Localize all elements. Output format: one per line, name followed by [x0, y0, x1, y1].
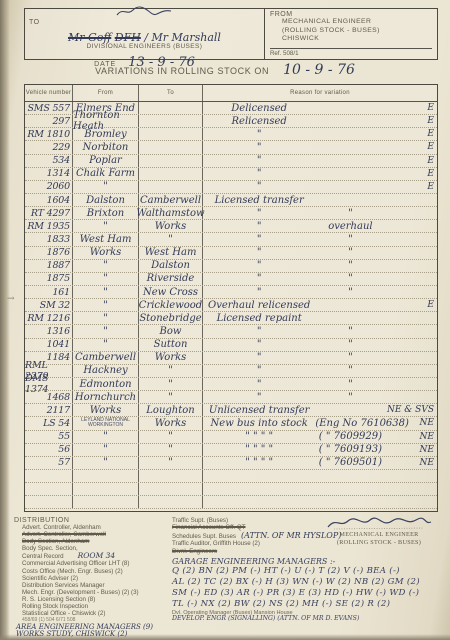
cell-vehicle-number: 1887 — [25, 260, 73, 272]
distribution-item: Advert. Controller, Camberwell — [14, 531, 172, 538]
table-row: 1314Chalk Farm"E — [25, 168, 437, 181]
cell-from: " — [73, 260, 139, 272]
cell-reason: "" — [203, 286, 437, 298]
cell-to: " — [139, 378, 203, 390]
cell-to — [139, 483, 203, 495]
cell-from: Edmonton — [73, 378, 139, 390]
reason-text: " — [203, 129, 315, 140]
cell-from: Brixton — [73, 207, 139, 219]
cell-reason: "" — [203, 273, 437, 285]
distribution-item-text: DEVELOP. ENGR (SIGNALLING) (ATTN. OF MR … — [172, 615, 359, 622]
cell-reason: "" — [203, 247, 437, 259]
cell-to — [139, 141, 203, 153]
distribution-item-text: Advert. Controller, Camberwell — [22, 531, 106, 538]
cell-to: " — [139, 431, 203, 443]
row-annotation: E — [386, 300, 438, 310]
cell-reason: " " " "( " 7609929)NE — [203, 431, 437, 443]
garage-code-line: TL (-) NX (2) BW (2) NS (2) MH (-) SE (2… — [172, 599, 442, 610]
distribution-item-text: Scientific Adviser (2) — [22, 575, 78, 582]
row-annotation: E — [386, 156, 438, 166]
cell-from: " — [73, 286, 139, 298]
row-annotation: E — [386, 182, 438, 192]
cell-to: Stonebridge — [139, 312, 203, 324]
distribution-item-text: 458/69 (1) 504 6/71 508 — [22, 617, 75, 623]
garage-code-line: Q (2) BN (2) PM (-) HT (-) U (-) T (2) V… — [172, 566, 442, 577]
title-date: 10 - 9 - 76 — [283, 62, 355, 78]
cell-from: Chalk Farm — [73, 168, 139, 180]
cell-vehicle-number: RT 4297 — [25, 207, 73, 219]
cell-vehicle-number: DMS 1374 — [25, 378, 73, 390]
cell-vehicle-number: SM 32 — [25, 299, 73, 311]
cell-vehicle-number: 534 — [25, 155, 73, 167]
ink-scribble — [115, 5, 175, 23]
distribution-item: Advert. Controller, Aldenham — [14, 524, 172, 531]
table-row-empty — [25, 470, 437, 483]
margin-pencil-mark: → — [7, 294, 15, 304]
cell-from — [73, 496, 139, 508]
header-to: To — [139, 85, 203, 101]
table-row-empty — [25, 496, 437, 509]
table-row: DMS 1374Edmonton""" — [25, 378, 437, 391]
cell-to: Works — [139, 352, 203, 364]
cell-to: " — [139, 391, 203, 403]
cell-from: " — [73, 339, 139, 351]
table-row: RM 1935"Works"overhaul — [25, 220, 437, 233]
cell-from: Works — [73, 247, 139, 259]
table-row: 1875"Riverside"" — [25, 273, 437, 286]
cell-reason: DelicensedE — [203, 102, 437, 114]
reason-text-2: " — [315, 273, 385, 284]
distribution-item-text: Financial Accounts Off. QT — [172, 524, 245, 531]
cell-reason: RelicensedE — [203, 115, 437, 127]
distribution-item: Scientific Adviser (2) — [14, 575, 172, 582]
cell-to — [139, 470, 203, 482]
reason-text: " — [203, 379, 315, 390]
cell-reason — [203, 496, 437, 508]
cell-from-smallprint: LEYLAND NATIONAL WORKINGTON — [81, 418, 130, 428]
cell-from: " — [73, 325, 139, 337]
garage-code-line: SM (-) ED (3) AR (-) PR (3) E (3) HD (-)… — [172, 588, 442, 599]
cell-reason: New bus into stock(Eng No 7610638)NE — [203, 417, 437, 429]
cell-to: Dalston — [139, 260, 203, 272]
table-header-row: Vehicle number From To Reason for variat… — [25, 85, 437, 102]
cell-vehicle-number: LS 54 — [25, 417, 73, 429]
cell-to: Cricklewood — [139, 299, 203, 311]
table-row: 1887"Dalston"" — [25, 260, 437, 273]
distribution-item: Central RecordROOM 34 — [14, 552, 172, 560]
reason-text: " — [203, 260, 315, 271]
cell-from: LEYLAND NATIONAL WORKINGTON — [73, 417, 139, 429]
table-row: 1468Hornchurch""" — [25, 391, 437, 404]
distribution-item: Distribution Services Manager — [14, 582, 172, 589]
cell-from: Bromley — [73, 128, 139, 140]
from-label: FROM — [270, 11, 432, 18]
cell-to — [139, 168, 203, 180]
table-row: 1041"Sutton"" — [25, 339, 437, 352]
table-row: 1604DalstonCamberwellLicensed transfer — [25, 194, 437, 207]
cell-reason: "" — [203, 339, 437, 351]
cell-reason — [203, 483, 437, 495]
table-row: 161"New Cross"" — [25, 286, 437, 299]
garage-code-line: AL (2) TC (2) BX (-) H (3) WN (-) W (2) … — [172, 577, 442, 588]
cell-to: " — [139, 444, 203, 456]
cell-vehicle-number: 1876 — [25, 247, 73, 259]
cell-reason: "" — [203, 325, 437, 337]
cell-from: Camberwell — [73, 352, 139, 364]
reason-text: " — [203, 365, 315, 376]
cell-reason: Overhaul relicensedE — [203, 299, 437, 311]
distribution-left-column: DISTRIBUTION Advert. Controller, Aldenha… — [14, 517, 172, 639]
reason-text: " — [203, 247, 315, 258]
reason-text-2: " — [315, 379, 385, 390]
signatory-title-line: (ROLLING STOCK - BUSES) — [316, 539, 442, 547]
cell-reason: "" — [203, 260, 437, 272]
from-line: MECHANICAL ENGINEER — [282, 18, 432, 27]
cell-to: Loughton — [139, 404, 203, 416]
distribution-section: DISTRIBUTION Advert. Controller, Aldenha… — [0, 515, 450, 640]
to-organisation: DIVISIONAL ENGINEERS (BUSES) — [29, 43, 260, 50]
cell-from: Thornton Heath — [73, 115, 139, 127]
cell-to: Sutton — [139, 339, 203, 351]
signatory-title: MECHANICAL ENGINEER (ROLLING STOCK - BUS… — [316, 531, 442, 546]
from-cell: FROM MECHANICAL ENGINEER (ROLLING STOCK … — [264, 9, 437, 59]
distribution-item: DEVELOP. ENGR (SIGNALLING) (ATTN. OF MR … — [172, 616, 442, 622]
signatory-title-line: MECHANICAL ENGINEER — [316, 531, 442, 539]
title-text: VARIATIONS IN ROLLING STOCK ON — [95, 66, 269, 76]
table-body: SMS 557Elmers EndDelicensedE297Thornton … — [25, 102, 437, 511]
cell-reason: "" — [203, 233, 437, 245]
cell-vehicle-number: 161 — [25, 286, 73, 298]
row-annotation: E — [386, 142, 438, 152]
reason-text: " — [203, 392, 315, 403]
cell-to: Works — [139, 417, 203, 429]
cell-to — [139, 102, 203, 114]
cell-vehicle-number: 2060 — [25, 181, 73, 193]
row-annotation: E — [386, 103, 438, 113]
cell-vehicle-number: 55 — [25, 431, 73, 443]
distribution-item: WORKS STUDY, CHISWICK (2) — [14, 631, 172, 638]
table-row: RM 1810Bromley"E — [25, 128, 437, 141]
cell-reason: "E — [203, 168, 437, 180]
reason-text-2: " — [315, 352, 385, 363]
distribution-item-text: Central Record — [22, 553, 64, 560]
table-row: 1316"Bow"" — [25, 325, 437, 338]
reason-text: " — [203, 221, 315, 232]
garage-codes: Q (2) BN (2) PM (-) HT (-) U (-) T (2) V… — [172, 566, 442, 610]
cell-from: " — [73, 220, 139, 232]
cell-from: " — [73, 181, 139, 193]
cell-vehicle-number: 56 — [25, 444, 73, 456]
cell-from: Norbiton — [73, 141, 139, 153]
reason-text: " " " " — [203, 457, 315, 468]
reason-text: " " " " — [203, 431, 315, 442]
reason-text-2: " — [315, 339, 385, 350]
signature-block: MECHANICAL ENGINEER (ROLLING STOCK - BUS… — [316, 515, 442, 546]
garage-managers-header: GARAGE ENGINEERING MANAGERS :- — [172, 557, 442, 566]
header-from: From — [73, 85, 139, 101]
distribution-item-text: Body Spec. Section, — [22, 545, 78, 552]
reason-text-2: overhaul — [315, 221, 385, 232]
cell-from: Works — [73, 404, 139, 416]
cell-vehicle-number: 1604 — [25, 194, 73, 206]
row-annotation: NE — [386, 445, 438, 455]
cell-reason: "" — [203, 207, 437, 219]
table-row: 55""" " " "( " 7609929)NE — [25, 431, 437, 444]
table-row: 297Thornton HeathRelicensedE — [25, 115, 437, 128]
reason-text-2: (Eng No 7610638) — [315, 418, 409, 429]
distribution-item-text: Statistical Office - Chiswick (2) — [22, 610, 105, 617]
cell-vehicle-number: SMS 557 — [25, 102, 73, 114]
cell-vehicle-number: 297 — [25, 115, 73, 127]
cell-vehicle-number: 1875 — [25, 273, 73, 285]
cell-vehicle-number: 229 — [25, 141, 73, 153]
cell-from: " — [73, 312, 139, 324]
distribution-item: Commercial Advertising Officer LHT (8) — [14, 560, 172, 567]
cell-vehicle-number — [25, 496, 73, 508]
cell-to: Riverside — [139, 273, 203, 285]
table-row: RML 2279Hackney""" — [25, 365, 437, 378]
cell-from: West Ham — [73, 233, 139, 245]
distribution-item-text: Mech. Engr. (Development - Buses) (2) (3… — [22, 589, 139, 596]
table-row: 2117WorksLoughtonUnlicensed transferNE &… — [25, 404, 437, 417]
distribution-item: Costs Office (Mech. Engr. Buses) (2) — [14, 568, 172, 575]
cell-to: Walthamstow — [139, 207, 203, 219]
form-title: VARIATIONS IN ROLLING STOCK ON 10 - 9 - … — [0, 61, 450, 79]
cell-reason: " " " "( " 7609193)NE — [203, 444, 437, 456]
cell-vehicle-number — [25, 483, 73, 495]
scanned-form: TO Mr Goff DFH / Mr Marshall DIVISIONAL … — [0, 0, 450, 640]
cell-to: West Ham — [139, 247, 203, 259]
reason-text-2: " — [315, 234, 385, 245]
reason-text: Delicensed — [203, 103, 315, 114]
from-line: CHISWICK — [282, 35, 432, 44]
row-annotation: NE & SVS — [386, 405, 438, 415]
distribution-label: DISTRIBUTION — [14, 517, 172, 524]
header-vehicle-number: Vehicle number — [25, 85, 73, 101]
cell-reason: "E — [203, 155, 437, 167]
rolling-stock-table: Vehicle number From To Reason for variat… — [24, 84, 438, 512]
distribution-item-text: Advert. Controller, Aldenham — [22, 524, 101, 531]
reason-text-2: " — [315, 365, 385, 376]
cell-to — [139, 181, 203, 193]
table-row: 57""" " " "( " 7609501)NE — [25, 457, 437, 470]
to-cell: TO Mr Goff DFH / Mr Marshall DIVISIONAL … — [25, 9, 264, 59]
cell-reason: Unlicensed transferNE & SVS — [203, 404, 437, 416]
distribution-item: Body Section, Aldenham — [14, 538, 172, 545]
distribution-item-text: R. S. Licensing Section (8) — [22, 596, 95, 603]
reason-text-2: " — [315, 392, 385, 403]
table-row: LS 54LEYLAND NATIONAL WORKINGTONWorksNew… — [25, 417, 437, 430]
header-box: TO Mr Goff DFH / Mr Marshall DIVISIONAL … — [24, 8, 438, 60]
reason-text: Licensed repaint — [203, 313, 315, 324]
cell-to: Camberwell — [139, 194, 203, 206]
reason-text: Unlicensed transfer — [203, 405, 315, 416]
reason-text-2: ( " 7609501) — [315, 457, 385, 468]
to-label: TO — [29, 19, 40, 26]
table-row: RM 1216"StonebridgeLicensed repaint — [25, 312, 437, 325]
cell-reason: "" — [203, 391, 437, 403]
reason-text: " — [203, 181, 315, 192]
cell-reason: "" — [203, 352, 437, 364]
distribution-item: Divnl. Engineers — [172, 548, 442, 555]
cell-reason: "E — [203, 141, 437, 153]
cell-to — [139, 115, 203, 127]
signature-icon — [324, 515, 434, 531]
cell-from: Dalston — [73, 194, 139, 206]
cell-to — [139, 128, 203, 140]
reason-text: " — [203, 287, 315, 298]
header-reason: Reason for variation — [203, 85, 437, 101]
reason-text: " — [203, 339, 315, 350]
distribution-item-text: Divnl. Engineers — [172, 548, 217, 555]
cell-from: Hackney — [73, 365, 139, 377]
row-annotation: NE — [386, 432, 438, 442]
reason-text: Overhaul relicensed — [203, 300, 315, 311]
distribution-left-list: Advert. Controller, AldenhamAdvert. Cont… — [14, 524, 172, 639]
table-row: 1833West Ham""" — [25, 233, 437, 246]
cell-to: " — [139, 233, 203, 245]
cell-vehicle-number — [25, 470, 73, 482]
cell-reason: "" — [203, 365, 437, 377]
cell-vehicle-number: 57 — [25, 457, 73, 469]
cell-vehicle-number: RM 1810 — [25, 128, 73, 140]
cell-reason: Licensed transfer — [203, 194, 437, 206]
distribution-item-text: Costs Office (Mech. Engr. Buses) (2) — [22, 568, 123, 575]
cell-to: Bow — [139, 325, 203, 337]
cell-vehicle-number: 2117 — [25, 404, 73, 416]
reason-text: " — [203, 208, 315, 219]
cell-vehicle-number: RM 1935 — [25, 220, 73, 232]
distribution-item: R. S. Licensing Section (8) — [14, 596, 172, 603]
reason-text: " — [203, 155, 315, 166]
reason-text: " — [203, 326, 315, 337]
cell-to: New Cross — [139, 286, 203, 298]
cell-to — [139, 496, 203, 508]
cell-vehicle-number: 1316 — [25, 325, 73, 337]
distribution-item-text: Distribution Services Manager — [22, 582, 105, 589]
table-row: 534Poplar"E — [25, 155, 437, 168]
cell-from: " — [73, 457, 139, 469]
cell-reason: "E — [203, 181, 437, 193]
reason-text: " — [203, 234, 315, 245]
cell-vehicle-number: 1314 — [25, 168, 73, 180]
from-line: (ROLLING STOCK - BUSES) — [282, 27, 432, 36]
reason-text-2: ( " 7609929) — [315, 431, 385, 442]
reason-text: New bus into stock — [203, 418, 315, 429]
cell-from: " — [73, 431, 139, 443]
cell-from: Hornchurch — [73, 391, 139, 403]
ref-number: Ref. 508/1 — [270, 48, 432, 58]
table-row: 56""" " " "( " 7609193)NE — [25, 444, 437, 457]
row-annotation: E — [386, 129, 438, 139]
row-annotation: NE — [386, 458, 438, 468]
cell-reason: Licensed repaint — [203, 312, 437, 324]
table-row: 1876WorksWest Ham"" — [25, 247, 437, 260]
table-row: 229Norbiton"E — [25, 141, 437, 154]
distribution-item: Mech. Engr. (Development - Buses) (2) (3… — [14, 589, 172, 596]
row-annotation: NE — [409, 418, 437, 428]
distribution-item-text: Body Section, Aldenham — [22, 538, 89, 545]
reason-text: " — [203, 168, 315, 179]
row-annotation: E — [386, 116, 438, 126]
cell-from: " — [73, 299, 139, 311]
reason-text: " — [203, 142, 315, 153]
from-address: MECHANICAL ENGINEER (ROLLING STOCK - BUS… — [270, 18, 432, 48]
cell-to — [139, 155, 203, 167]
cell-reason: "" — [203, 378, 437, 390]
table-row-empty — [25, 483, 437, 496]
distribution-bottom-list: Dvl. Operating Manager (Buses) Mansion H… — [172, 610, 442, 623]
cell-to: " — [139, 457, 203, 469]
cell-reason: "overhaul — [203, 220, 437, 232]
cell-reason: " " " "( " 7609501)NE — [203, 457, 437, 469]
table-row: SM 32"CricklewoodOverhaul relicensedE — [25, 299, 437, 312]
distribution-item: Rolling Stock Inspection — [14, 603, 172, 610]
cell-from — [73, 483, 139, 495]
row-annotation: E — [386, 169, 438, 179]
cell-from: " — [73, 273, 139, 285]
distribution-item-text: WORKS STUDY, CHISWICK (2) — [16, 630, 127, 638]
reason-text-2: " — [315, 260, 385, 271]
distribution-item-text: Traffic Supt. (Buses) — [172, 517, 228, 524]
table-row: RT 4297BrixtonWalthamstow"" — [25, 207, 437, 220]
reason-text-2: " — [315, 247, 385, 258]
reason-text: " " " " — [203, 444, 315, 455]
table-row: 1184CamberwellWorks"" — [25, 352, 437, 365]
cell-from: Poplar — [73, 155, 139, 167]
cell-vehicle-number: RM 1216 — [25, 312, 73, 324]
reason-text: Licensed transfer — [203, 195, 315, 206]
cell-from: " — [73, 444, 139, 456]
distribution-item-text: Traffic Auditor, Griffith House (2) — [172, 540, 260, 547]
distribution-item-text: Schedules Supt. Buses — [172, 533, 236, 540]
table-row: 2060""E — [25, 181, 437, 194]
reason-text-2: " — [315, 287, 385, 298]
cell-vehicle-number: 1041 — [25, 339, 73, 351]
cell-to: " — [139, 365, 203, 377]
reason-text: " — [203, 273, 315, 284]
distribution-item: Statistical Office - Chiswick (2) — [14, 610, 172, 617]
cell-from — [73, 470, 139, 482]
reason-text: " — [203, 352, 315, 363]
cell-to: Works — [139, 220, 203, 232]
cell-vehicle-number: 1833 — [25, 233, 73, 245]
cell-reason: "E — [203, 128, 437, 140]
reason-text-2: " — [315, 208, 385, 219]
cell-reason — [203, 470, 437, 482]
distribution-item-text: Rolling Stock Inspection — [22, 603, 88, 610]
distribution-item-text: Commercial Advertising Officer LHT (8) — [22, 560, 129, 567]
cell-vehicle-number: 1468 — [25, 391, 73, 403]
reason-text-2: ( " 7609193) — [315, 444, 385, 455]
reason-text: Relicensed — [203, 116, 315, 127]
reason-text-2: " — [315, 326, 385, 337]
distribution-item-handwritten-extra: ROOM 34 — [78, 551, 116, 560]
